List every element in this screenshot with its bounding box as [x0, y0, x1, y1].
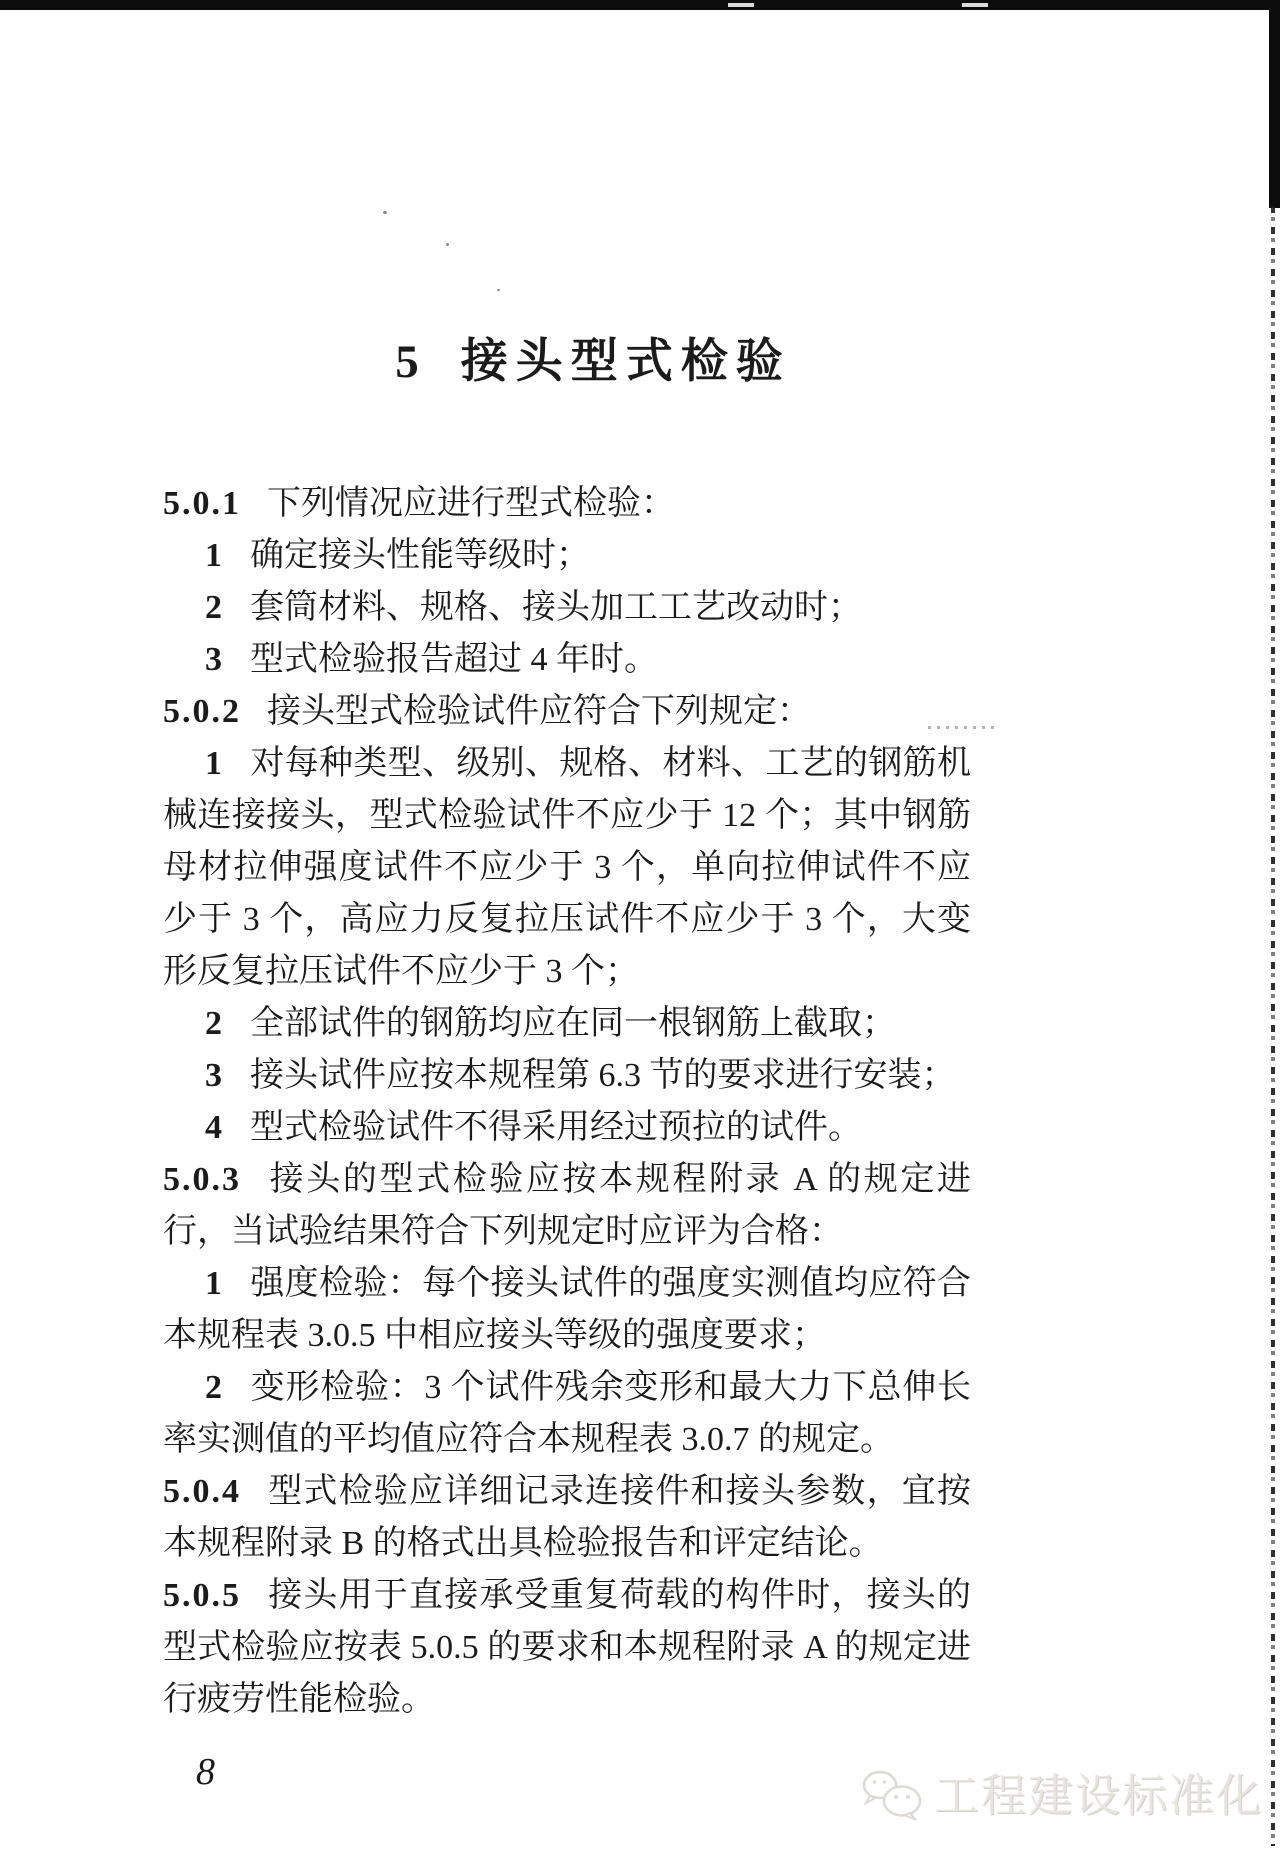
chapter-number: 5: [395, 336, 419, 388]
paragraph: 3接头试件应按本规程第 6.3 节的要求进行安装；: [163, 1050, 971, 1102]
clause-label: 5.0.3: [163, 1161, 241, 1198]
paragraph: 2套筒材料、规格、接头加工工艺改动时；: [163, 582, 971, 634]
clause-label: 5.0.4: [163, 1473, 241, 1510]
paragraph: 5.0.5接头用于直接承受重复荷载的构件时，接头的型式检验应按表 5.0.5 的…: [163, 1570, 971, 1726]
clause-label: 1: [205, 1265, 224, 1302]
clause-text: 接头试件应按本规程第 6.3 节的要求进行安装；: [250, 1057, 956, 1094]
paragraph: 5.0.2接头型式检验试件应符合下列规定：: [163, 686, 971, 738]
paragraph: 4型式检验试件不得采用经过预拉的试件。: [163, 1102, 971, 1154]
chapter-title: 5接头型式检验: [215, 332, 971, 392]
paragraph: 5.0.3接头的型式检验应按本规程附录 A 的规定进行，当试验结果符合下列规定时…: [163, 1154, 971, 1258]
clause-text: 下列情况应进行型式检验：: [267, 485, 675, 522]
clause-label: 5.0.1: [163, 485, 241, 522]
clause-label: 1: [205, 745, 224, 782]
clause-text: 型式检验应详细记录连接件和接头参数，宜按本规程附录 B 的格式出具检验报告和评定…: [163, 1473, 971, 1562]
paragraph: 3型式检验报告超过 4 年时。: [163, 634, 971, 686]
clause-text: 强度检验：每个接头试件的强度实测值均应符合本规程表 3.0.5 中相应接头等级的…: [163, 1265, 971, 1354]
clause-label: 3: [205, 1057, 224, 1094]
scan-edge-right-speckle: [1271, 206, 1275, 1846]
document-body: 5.0.1下列情况应进行型式检验： 1确定接头性能等级时； 2套筒材料、规格、接…: [163, 478, 971, 1726]
clause-label: 2: [205, 589, 224, 626]
paragraph: 1强度检验：每个接头试件的强度实测值均应符合本规程表 3.0.5 中相应接头等级…: [163, 1258, 971, 1362]
document-page: 5接头型式检验 5.0.1下列情况应进行型式检验： 1确定接头性能等级时； 2套…: [163, 0, 971, 1726]
clause-label: 4: [205, 1109, 224, 1146]
watermark: 工程建设标准化: [858, 1768, 1263, 1824]
clause-text: 型式检验试件不得采用经过预拉的试件。: [250, 1109, 862, 1146]
watermark-text: 工程建设标准化: [934, 1768, 1263, 1824]
scan-edge-right-bar: [1269, 0, 1280, 208]
clause-label: 2: [205, 1005, 224, 1042]
clause-text: 接头型式检验试件应符合下列规定：: [267, 693, 811, 730]
clause-text: 套筒材料、规格、接头加工工艺改动时；: [250, 589, 862, 626]
clause-text: 确定接头性能等级时；: [250, 537, 590, 574]
page-number: 8: [196, 1750, 215, 1794]
clause-label: 3: [205, 641, 224, 678]
wechat-chat-bubbles-icon: [858, 1768, 928, 1824]
clause-text: 变形检验：3 个试件残余变形和最大力下总伸长率实测值的平均值应符合本规程表 3.…: [163, 1369, 971, 1458]
clause-text: 对每种类型、级别、规格、材料、工艺的钢筋机械连接接头，型式检验试件不应少于 12…: [163, 745, 971, 990]
clause-text: 接头用于直接承受重复荷载的构件时，接头的型式检验应按表 5.0.5 的要求和本规…: [163, 1577, 971, 1718]
paragraph: 2变形检验：3 个试件残余变形和最大力下总伸长率实测值的平均值应符合本规程表 3…: [163, 1362, 971, 1466]
paragraph: 2全部试件的钢筋均应在同一根钢筋上截取；: [163, 998, 971, 1050]
clause-label: 2: [205, 1369, 224, 1406]
paragraph: 1对每种类型、级别、规格、材料、工艺的钢筋机械连接接头，型式检验试件不应少于 1…: [163, 738, 971, 998]
paragraph: 5.0.4型式检验应详细记录连接件和接头参数，宜按本规程附录 B 的格式出具检验…: [163, 1466, 971, 1570]
clause-label: 1: [205, 537, 224, 574]
clause-label: 5.0.5: [163, 1577, 241, 1614]
paragraph: 1确定接头性能等级时；: [163, 530, 971, 582]
clause-label: 5.0.2: [163, 693, 241, 730]
clause-text: 型式检验报告超过 4 年时。: [250, 641, 658, 678]
paragraph: 5.0.1下列情况应进行型式检验：: [163, 478, 971, 530]
clause-text: 接头的型式检验应按本规程附录 A 的规定进行，当试验结果符合下列规定时应评为合格…: [163, 1161, 971, 1250]
chapter-title-text: 接头型式检验: [461, 336, 791, 388]
clause-text: 全部试件的钢筋均应在同一根钢筋上截取；: [250, 1005, 896, 1042]
